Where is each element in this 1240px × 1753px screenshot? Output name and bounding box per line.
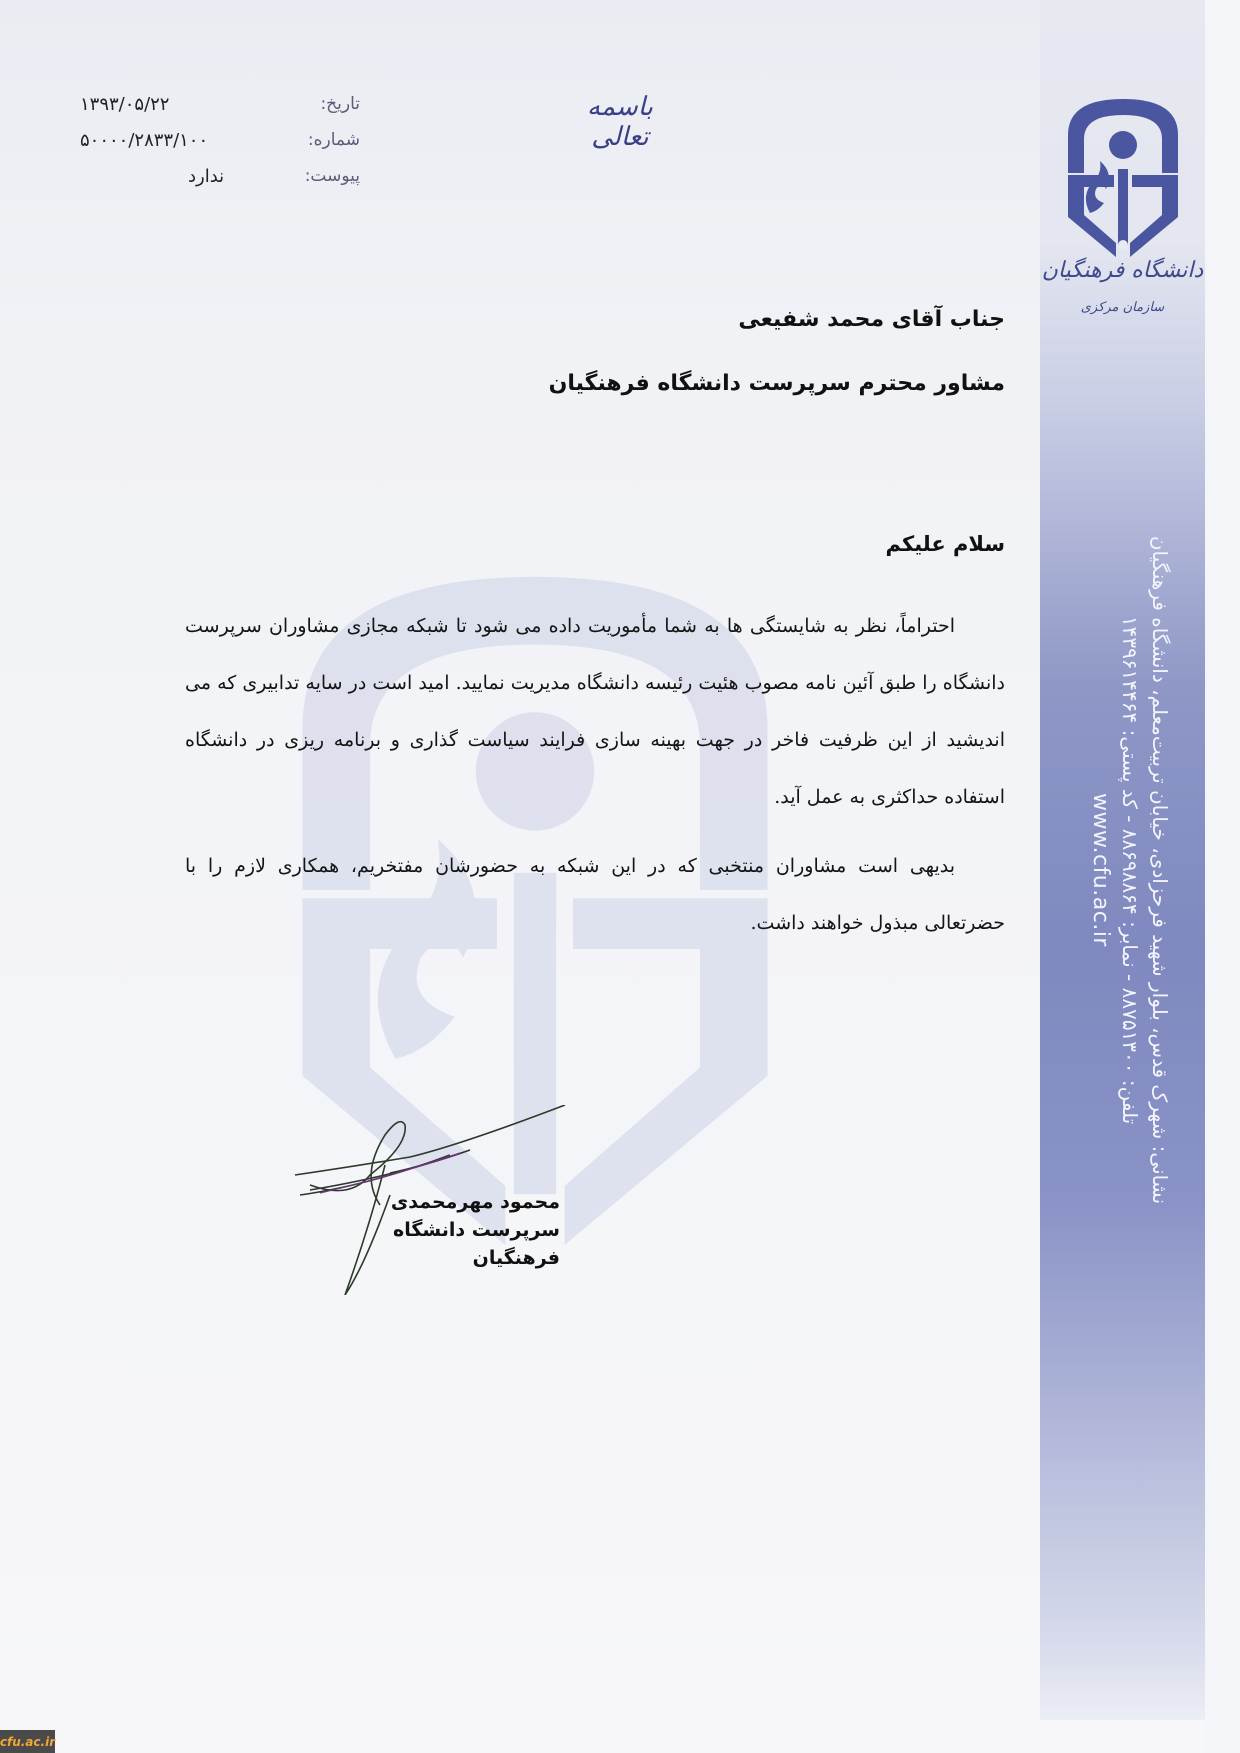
attachment-value: ندارد xyxy=(60,166,300,187)
addressee-block: جناب آقای محمد شفیعی مشاور محترم سرپرست … xyxy=(549,302,1005,402)
site-watermark-badge: cfu.ac.ir xyxy=(0,1730,55,1753)
invocation-heading: باسمه تعالی xyxy=(560,92,680,152)
signer-name: محمود مهرمحمدی xyxy=(300,1188,560,1216)
signer-title: سرپرست دانشگاه فرهنگیان xyxy=(300,1216,560,1272)
greeting: سلام علیکم xyxy=(886,532,1005,556)
meta-number-row: شماره: ۵۰۰۰۰/۲۸۳۳/۱۰۰ xyxy=(60,122,360,158)
addressee-name: جناب آقای محمد شفیعی xyxy=(549,302,1005,338)
attachment-label: پیوست: xyxy=(300,166,360,186)
logo-subtitle: سازمان مرکزی xyxy=(1040,300,1205,315)
address-line: نشانی: شهرک قدس، بلوار شهید فرحزادی، خیا… xyxy=(1145,390,1175,1350)
meta-attachment-row: پیوست: ندارد xyxy=(60,158,360,194)
logo-university-name: دانشگاه فرهنگیان xyxy=(1040,258,1205,283)
addressee-title: مشاور محترم سرپرست دانشگاه فرهنگیان xyxy=(549,366,1005,402)
body-paragraph: بدیهی است مشاوران منتخبی که در این شبکه … xyxy=(185,838,1005,952)
date-label: تاریخ: xyxy=(300,94,360,114)
website-link[interactable]: www.cfu.ac.ir xyxy=(1085,390,1115,1350)
date-value: ۱۳۹۳/۰۵/۲۲ xyxy=(60,94,300,115)
side-address-block: نشانی: شهرک قدس، بلوار شهید فرحزادی، خیا… xyxy=(1085,390,1175,1350)
number-value: ۵۰۰۰۰/۲۸۳۳/۱۰۰ xyxy=(60,130,300,151)
body-paragraph: احتراماً، نظر به شایستگی ها به شما مأمور… xyxy=(185,598,1005,826)
meta-date-row: تاریخ: ۱۳۹۳/۰۵/۲۲ xyxy=(60,86,360,122)
university-logo-icon xyxy=(1058,95,1188,270)
number-label: شماره: xyxy=(300,130,360,150)
signer-block: محمود مهرمحمدی سرپرست دانشگاه فرهنگیان xyxy=(300,1188,560,1272)
page-margin xyxy=(1205,0,1240,1753)
letter-page: دانشگاه فرهنگیان سازمان مرکزی نشانی: شهر… xyxy=(0,0,1240,1753)
contact-line: تلفن: ۸۸۷۵۱۳۰۰ - نمابر: ۸۸۶۹۸۸۶۴ - کد پس… xyxy=(1115,390,1145,1350)
letter-meta: تاریخ: ۱۳۹۳/۰۵/۲۲ شماره: ۵۰۰۰۰/۲۸۳۳/۱۰۰ … xyxy=(60,86,360,194)
letter-body: احتراماً، نظر به شایستگی ها به شما مأمور… xyxy=(185,598,1005,952)
